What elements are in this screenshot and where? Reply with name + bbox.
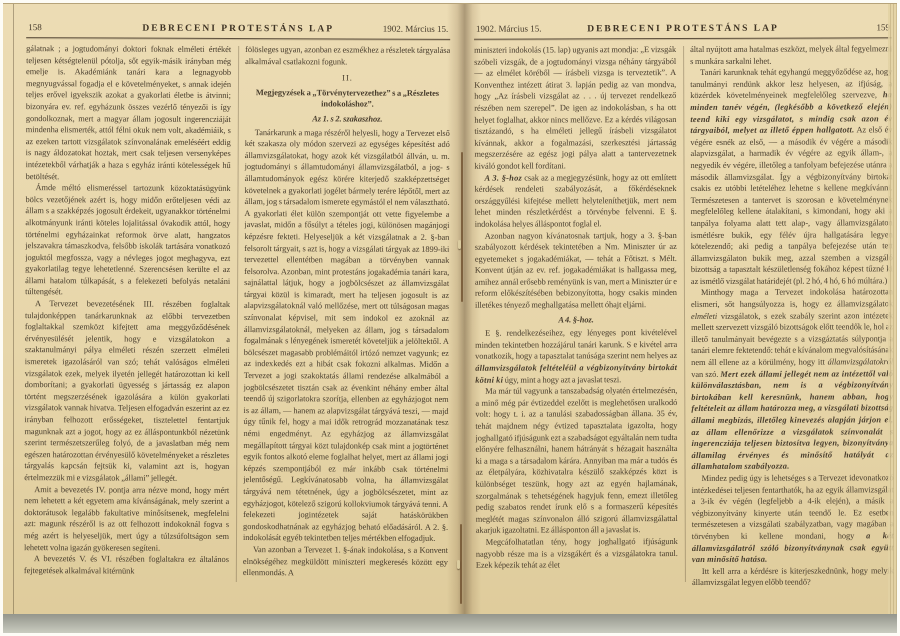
section-heading: Az 1. s 2. szakaszhoz. bbox=[245, 113, 450, 125]
paragraph: Itt kell arra a kérdésre is kiterjeszked… bbox=[692, 565, 894, 589]
page-edge-right bbox=[888, 4, 897, 614]
issue-date: 1902. Március 15. bbox=[352, 24, 448, 34]
paragraph: Megcáfolhatatlan tény, hogy joghallgató … bbox=[476, 536, 678, 571]
paragraph: gálatnak ; a jogtudományi doktori foknak… bbox=[26, 43, 232, 183]
header-rule bbox=[474, 37, 892, 39]
stitch-mark bbox=[461, 152, 463, 302]
left-page-header: 158 DEBRECENI PROTESTÁNS LAP 1902. Márci… bbox=[26, 15, 450, 38]
paragraph: E §. rendelkezéseihez, egy lényeges pont… bbox=[475, 327, 677, 386]
left-page-column-2: fölösleges ugyan, azonban ez eszmékhez a… bbox=[243, 44, 450, 593]
issue-date: 1902. Március 15. bbox=[476, 23, 572, 33]
paragraph: által nyújtott ama hatalmas eszközt, mel… bbox=[690, 43, 892, 67]
journal-spread-scan: 158 DEBRECENI PROTESTÁNS LAP 1902. Márci… bbox=[0, 0, 900, 636]
paragraph: A Tervezet bevezetésének III. részében f… bbox=[24, 298, 230, 484]
binding-thread bbox=[458, 240, 461, 249]
right-page-column-1: miniszteri indokolás (15. lap) ugyanis a… bbox=[474, 44, 678, 593]
journal-title: DEBRECENI PROTESTÁNS LAP bbox=[124, 24, 352, 35]
right-page-column-2: által nyújtott ama hatalmas eszközt, mel… bbox=[690, 43, 894, 592]
section-heading: II. bbox=[245, 72, 450, 84]
paragraph: Ámde méltó elismeréssel tartozunk közokt… bbox=[25, 182, 231, 299]
binding-thread bbox=[457, 560, 460, 569]
paragraph: Tanári karunknak tehát egyhangú meggyőző… bbox=[690, 66, 893, 287]
paragraph: miniszteri indokolás (15. lap) ugyanis a… bbox=[474, 44, 676, 172]
left-page: 158 DEBRECENI PROTESTÁNS LAP 1902. Márci… bbox=[24, 15, 451, 609]
binding-gutter bbox=[447, 4, 481, 614]
paper-spread: 158 DEBRECENI PROTESTÁNS LAP 1902. Márci… bbox=[3, 3, 897, 614]
right-page-header: 1902. Március 15. DEBRECENI PROTESTÁNS L… bbox=[474, 15, 892, 37]
page-number: 159 bbox=[794, 22, 890, 32]
right-page: 1902. Március 15. DEBRECENI PROTESTÁNS L… bbox=[474, 15, 894, 608]
column-divider bbox=[683, 46, 686, 582]
page-number: 158 bbox=[28, 22, 124, 32]
page-edge-left bbox=[3, 4, 14, 614]
scan-backing: 158 DEBRECENI PROTESTÁNS LAP 1902. Márci… bbox=[3, 3, 897, 633]
paragraph: A bevezetés V. és VI. részében foglaltak… bbox=[24, 553, 229, 577]
paragraph: Minthogy maga a Tervezet indokolása hatá… bbox=[691, 287, 894, 473]
journal-title: DEBRECENI PROTESTÁNS LAP bbox=[572, 24, 794, 35]
section-heading: A 4. §-hoz. bbox=[475, 314, 677, 326]
paragraph: Azonban nagyon kívánatosnak tartjuk, hog… bbox=[475, 230, 677, 312]
column-divider bbox=[236, 46, 239, 582]
paragraph: Van azonban a Tervezet 1. §-ának indokol… bbox=[243, 544, 448, 580]
paragraph: Ma már túl vagyunk a tanszabadság olyaté… bbox=[475, 385, 678, 536]
section-heading: Megjegyzések a „Törvénytervezethez” s a … bbox=[245, 87, 450, 111]
paragraph: Amit a bevezetés IV. pontja arra nézve m… bbox=[24, 484, 229, 554]
paragraph: A 3. §-hoz csak az a megjegyzésünk, hogy… bbox=[475, 172, 677, 231]
paragraph: Tanárkarunk a maga részéről helyesli, ho… bbox=[243, 127, 450, 545]
paragraph: Mindez pedig úgy is lehetséges s a Terve… bbox=[692, 472, 894, 565]
stitch-mark bbox=[460, 524, 462, 604]
left-page-column-1: gálatnak ; a jogtudományi doktori foknak… bbox=[24, 43, 231, 592]
paragraph: fölösleges ugyan, azonban ez eszmékhez a… bbox=[245, 44, 450, 68]
